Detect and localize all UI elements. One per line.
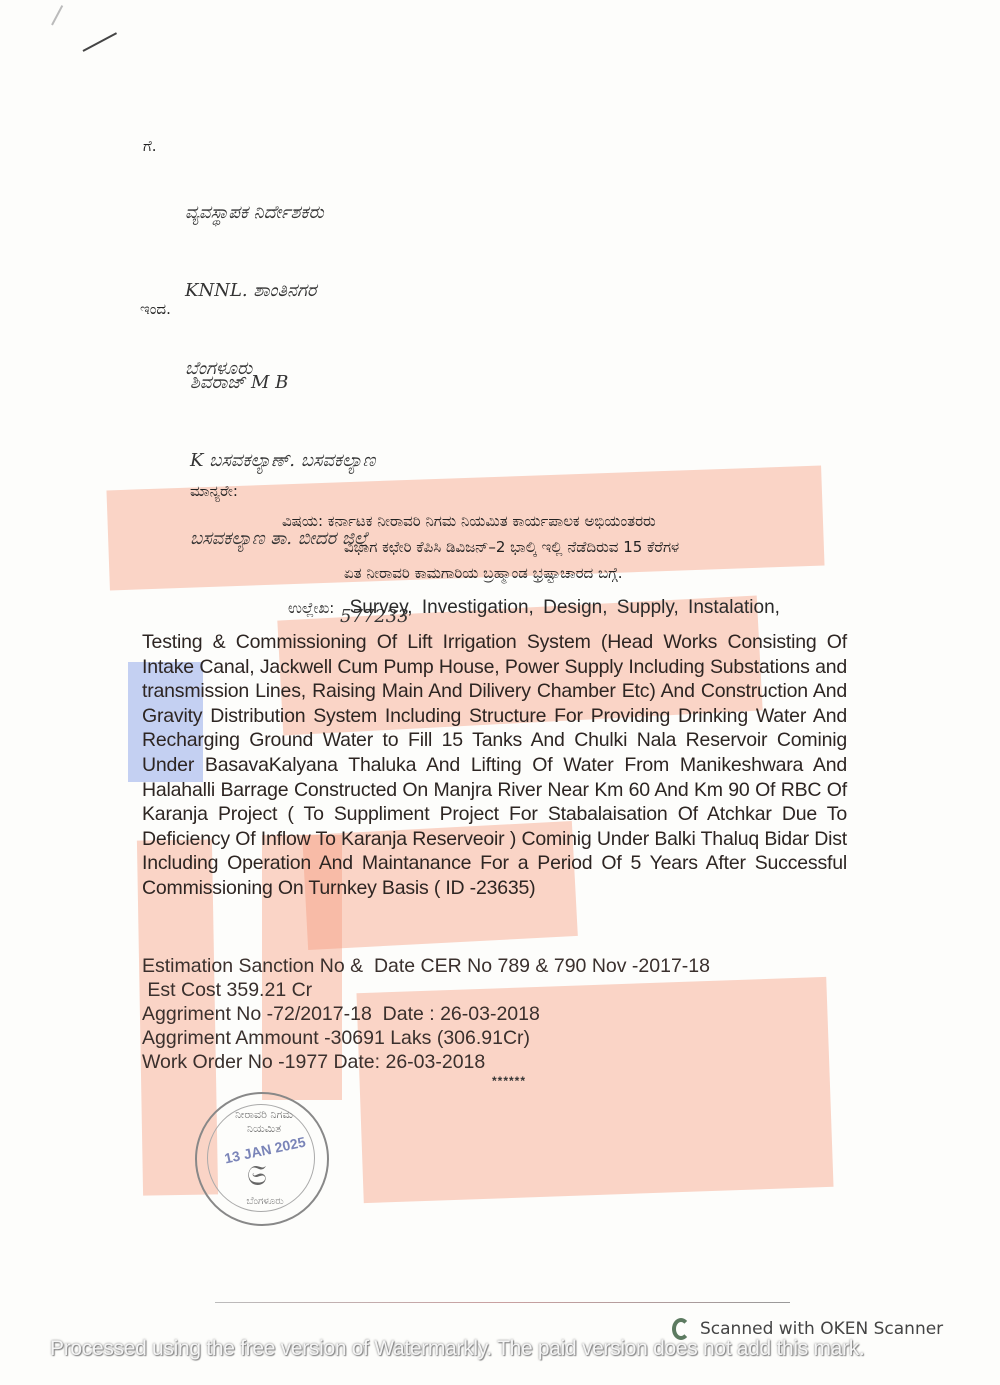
scanner-text: Scanned with OKEN Scanner [700,1319,943,1339]
stamp-signature-icon: 𝔖 [247,1160,267,1193]
to-label: ಗೆ. [143,137,156,155]
received-stamp: ನೀರಾವರಿ ನಿಗಮ ನಿಯಮಿತ 13 JAN 2025 𝔖 ಬೆಂಗಳೂ… [195,1092,329,1226]
reference-first-text: Survey, Investigation, Design, Supply, I… [350,597,780,618]
subject-line: ಕರ್ನಾಟಕ ನೀರಾವರಿ ನಿಗಮ ನಿಯಮಿತ ಕಾರ್ಯಪಾಲಕ ಅಭ… [328,512,656,530]
stamp-rim-text: ನೀರಾವರಿ ನಿಗಮ ನಿಯಮಿತ [219,1108,309,1136]
subject-label: ವಿಷಯ: [282,512,323,530]
from-address-line: K ಬಸವಕಲ್ಯಾಣ್. ಬಸವಕಲ್ಯಾಣ [190,448,409,474]
pen-mark [51,5,63,25]
detail-line: Estimation Sanction No & Date CER No 789… [142,954,710,978]
subject-line: ವಿಭಾಗ ಕಛೇರಿ ಕೆಪಿಸಿ ಡಿವಿಜನ್–2 ಭಾಲ್ಕಿ ಇಲ್ಲ… [282,534,842,560]
to-address-line: KNNL. ಶಾಂತಿನಗರ [185,278,324,304]
from-label: ಇಂದ. [140,300,171,318]
reference-label: ಉಲ್ಲೇಖ: [288,599,334,617]
contract-details: Estimation Sanction No & Date CER No 789… [142,954,710,1074]
watermark-text: Processed using the free version of Wate… [50,1337,950,1361]
to-address-line: ವ್ಯವಸ್ಥಾಪಕ ನಿರ್ದೇಶಕರು [185,200,324,226]
detail-line: Work Order No -1977 Date: 26-03-2018 [142,1050,710,1074]
end-marker: ****** [492,1074,526,1088]
from-address-line: ಶಿವರಾಜ್ M B [190,370,409,396]
reference-body: Testing & Commissioning Of Lift Irrigati… [142,630,847,901]
pen-mark [83,32,117,52]
detail-line: Aggriment No -72/2017-18 Date : 26-03-20… [142,1002,710,1026]
subject: ವಿಷಯ: ಕರ್ನಾಟಕ ನೀರಾವರಿ ನಿಗಮ ನಿಯಮಿತ ಕಾರ್ಯಪ… [282,508,842,586]
bottom-rule [215,1302,790,1303]
subject-line: ಏತ ನೀರಾವರಿ ಕಾಮಗಾರಿಯ ಬ್ರಹ್ಮಾಂಡ ಭ್ರಷ್ಟಾಚಾರ… [282,560,842,586]
stamp-bottom-text: ಬೆಂಗಳೂರು [225,1196,305,1207]
detail-line: Est Cost 359.21 Cr [142,978,710,1002]
detail-line: Aggriment Ammount -30691 Laks (306.91Cr) [142,1026,710,1050]
salutation: ಮಾನ್ಯರೇ: [190,482,238,500]
reference-first-line: ಉಲ್ಲೇಖ: Survey, Investigation, Design, S… [288,597,848,619]
